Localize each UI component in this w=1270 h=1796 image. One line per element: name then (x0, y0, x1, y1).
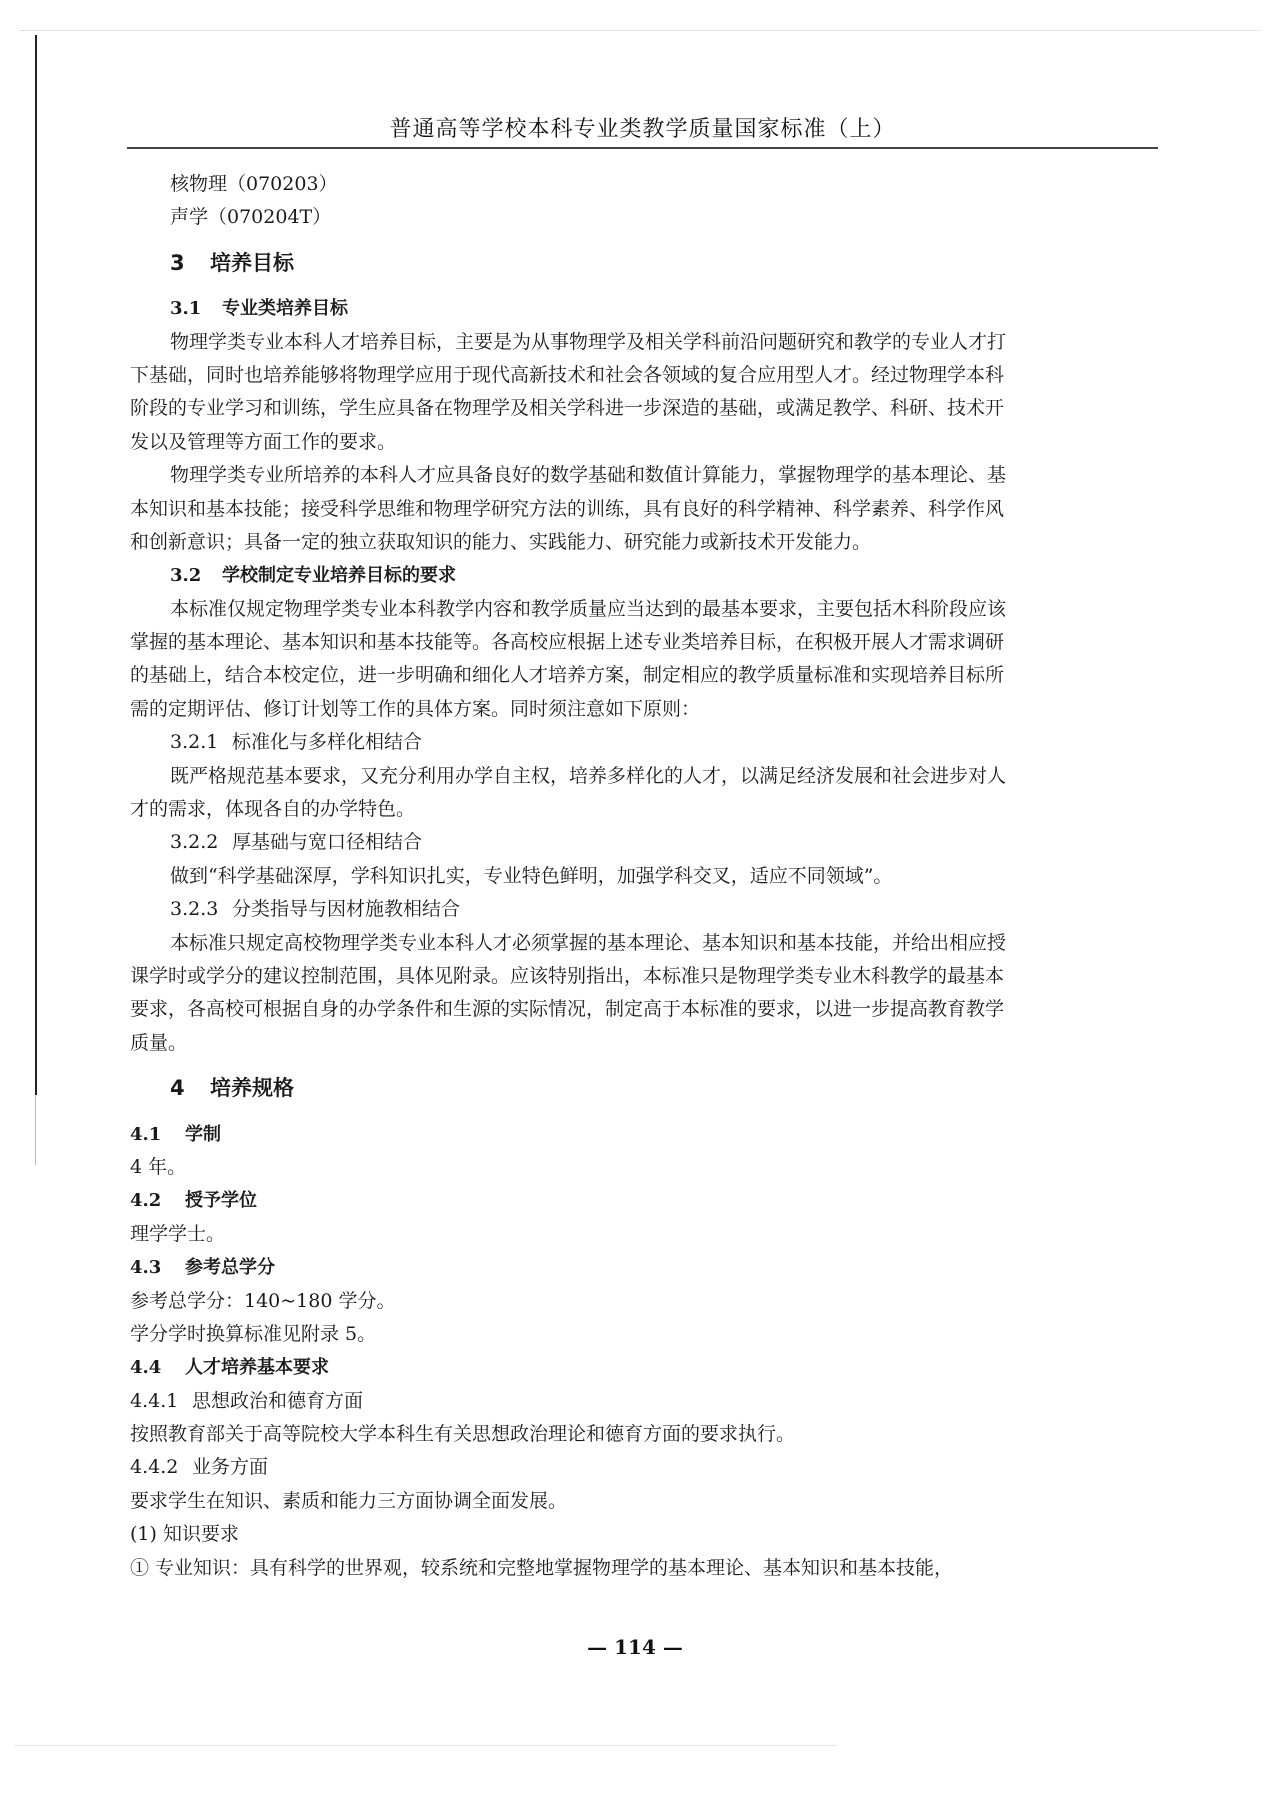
text-line: 物理学类专业本科人才培养目标，主要是为从事物理学及相关学科前沿问题研究和教学的专… (130, 326, 1170, 359)
subsubsection-title: 分类指导与因材施教相结合 (232, 898, 460, 920)
subsection-heading-3-2: 3.2学校制定专业培养目标的要求 (130, 559, 1170, 592)
major-item: 声学（070204T） (130, 201, 1170, 234)
text-line: 课学时或学分的建议控制范围，具体见附录。应该特别指出，本标准只是物理学类专业木科… (130, 960, 1170, 993)
text-line: 本标准仅规定物理学类专业本科教学内容和教学质量应当达到的最基本要求，主要包括木科… (130, 593, 1170, 626)
scan-binding-edge-faint (35, 1095, 36, 1165)
text-line: 质量。 (130, 1027, 1170, 1060)
subsection-title: 学校制定专业培养目标的要求 (222, 565, 456, 586)
text-line: 既严格规范基本要求，又充分利用办学自主权，培养多样化的人才，以满足经济发展和社会… (130, 760, 1170, 793)
subsection-number: 4.3 (130, 1251, 185, 1284)
list-subheading: (1) 知识要求 (130, 1518, 1170, 1551)
scan-binding-edge (35, 35, 37, 1095)
subsubsection-heading-3-2-2: 3.2.2厚基础与宽口径相结合 (130, 826, 1170, 859)
paragraph-3-2-2: 做到“科学基础深厚，学科知识扎实，专业特色鲜明，加强学科交叉，适应不同领域”。 (130, 860, 1170, 893)
text-line: 和创新意识；具备一定的独立获取知识的能力、实践能力、研究能力或新技术开发能力。 (130, 526, 1170, 559)
text-line: 本标准只规定高校物理学类专业本科人才必须掌握的基本理论、基本知识和基本技能，并给… (130, 927, 1170, 960)
paragraph-3-2-1: 既严格规范基本要求，又充分利用办学自主权，培养多样化的人才，以满足经济发展和社会… (130, 760, 1170, 827)
text-line: 按照教育部关于高等院校大学本科生有关思想政治理论和德育方面的要求执行。 (130, 1418, 1170, 1451)
subsection-number: 4.1 (130, 1118, 185, 1151)
subsection-title: 专业类培养目标 (222, 298, 348, 319)
subsubsection-number: 3.2.1 (170, 726, 232, 759)
text-line: 理学学士。 (130, 1218, 1170, 1251)
subsection-title: 学制 (185, 1124, 221, 1145)
subsubsection-title: 厚基础与宽口径相结合 (232, 831, 422, 853)
running-header-title: 普通高等学校本科专业类教学质量国家标准（上） (127, 112, 1158, 143)
text-line: 做到“科学基础深厚，学科知识扎实，专业特色鲜明，加强学科交叉，适应不同领域”。 (130, 860, 1170, 893)
page-body: 核物理（070203） 声学（070204T） 3培养目标 3.1专业类培养目标… (130, 168, 1170, 1585)
text-line: 阶段的专业学习和训练，学生应具备在物理学及相关学科进一步深造的基础，或满足教学、… (130, 392, 1170, 425)
text-line: 下基础，同时也培养能够将物理学应用于现代高新技术和社会各领域的复合应用型人才。经… (130, 359, 1170, 392)
subsection-title: 授予学位 (185, 1190, 257, 1211)
major-item: 核物理（070203） (130, 168, 1170, 201)
subsubsection-number: 4.4.2 (130, 1451, 192, 1484)
subsubsection-title: 思想政治和德育方面 (192, 1390, 363, 1412)
subsection-heading-4-4: 4.4人才培养基本要求 (130, 1351, 1170, 1384)
scan-artifact-top (20, 30, 1260, 32)
paragraph-3-2: 本标准仅规定物理学类专业本科教学内容和教学质量应当达到的最基本要求，主要包括木科… (130, 593, 1170, 727)
subsection-heading-4-3: 4.3参考总学分 (130, 1251, 1170, 1284)
paragraph-3-2-3: 本标准只规定高校物理学类专业本科人才必须掌握的基本理论、基本知识和基本技能，并给… (130, 927, 1170, 1061)
subsubsection-heading-3-2-3: 3.2.3分类指导与因材施教相结合 (130, 893, 1170, 926)
text-line: 要求学生在知识、素质和能力三方面协调全面发展。 (130, 1485, 1170, 1518)
text-line: 4 年。 (130, 1151, 1170, 1184)
subsubsection-heading-4-4-1: 4.4.1思想政治和德育方面 (130, 1385, 1170, 1418)
text-line: 需的定期评估、修订计划等工作的具体方案。同时须注意如下原则： (130, 693, 1170, 726)
text-line: 本知识和基本技能；接受科学思维和物理学研究方法的训练，具有良好的科学精神、科学素… (130, 493, 1170, 526)
subsubsection-number: 4.4.1 (130, 1385, 192, 1418)
scan-artifact-bottom (15, 1745, 835, 1747)
subsection-heading-4-2: 4.2授予学位 (130, 1184, 1170, 1217)
section-title: 培养规格 (210, 1076, 294, 1100)
subsection-number: 3.2 (170, 559, 222, 592)
text-line: 的基础上，结合本校定位，进一步明确和细化人才培养方案，制定相应的教学质量标准和实… (130, 659, 1170, 692)
header-rule (127, 147, 1158, 149)
subsection-heading-4-1: 4.1学制 (130, 1118, 1170, 1151)
section-title: 培养目标 (210, 251, 294, 275)
text-line: 发以及管理等方面工作的要求。 (130, 426, 1170, 459)
page-number: — 114 — (0, 1635, 1270, 1659)
subsection-heading-3-1: 3.1专业类培养目标 (130, 292, 1170, 325)
text-line: 物理学类专业所培养的本科人才应具备良好的数学基础和数值计算能力，掌握物理学的基本… (130, 459, 1170, 492)
paragraph-3-1-b: 物理学类专业所培养的本科人才应具备良好的数学基础和数值计算能力，掌握物理学的基本… (130, 459, 1170, 559)
list-item: ① 专业知识：具有科学的世界观，较系统和完整地掌握物理学的基本理论、基本知识和基… (130, 1552, 1170, 1585)
subsubsection-title: 标准化与多样化相结合 (232, 731, 422, 753)
subsubsection-title: 业务方面 (192, 1456, 268, 1478)
section-number: 3 (170, 247, 210, 280)
subsubsection-number: 3.2.3 (170, 893, 232, 926)
subsection-number: 3.1 (170, 292, 222, 325)
subsection-number: 4.4 (130, 1351, 185, 1384)
subsection-title: 人才培养基本要求 (185, 1357, 329, 1378)
text-line: 才的需求，体现各自的办学特色。 (130, 793, 1170, 826)
section-heading-3: 3培养目标 (130, 247, 1170, 280)
text-line: 掌握的基本理论、基本知识和基本技能等。各高校应根据上述专业类培养目标，在积极开展… (130, 626, 1170, 659)
section-heading-4: 4培养规格 (130, 1072, 1170, 1105)
subsection-title: 参考总学分 (185, 1257, 275, 1278)
subsubsection-heading-4-4-2: 4.4.2业务方面 (130, 1451, 1170, 1484)
paragraph-3-1-a: 物理学类专业本科人才培养目标，主要是为从事物理学及相关学科前沿问题研究和教学的专… (130, 326, 1170, 460)
subsection-number: 4.2 (130, 1184, 185, 1217)
subsubsection-heading-3-2-1: 3.2.1标准化与多样化相结合 (130, 726, 1170, 759)
section-number: 4 (170, 1072, 210, 1105)
subsubsection-number: 3.2.2 (170, 826, 232, 859)
text-line: 参考总学分：140~180 学分。 (130, 1285, 1170, 1318)
text-line: 要求，各高校可根据自身的办学条件和生源的实际情况，制定高于本标准的要求，以进一步… (130, 993, 1170, 1026)
text-line: 学分学时换算标准见附录 5。 (130, 1318, 1170, 1351)
